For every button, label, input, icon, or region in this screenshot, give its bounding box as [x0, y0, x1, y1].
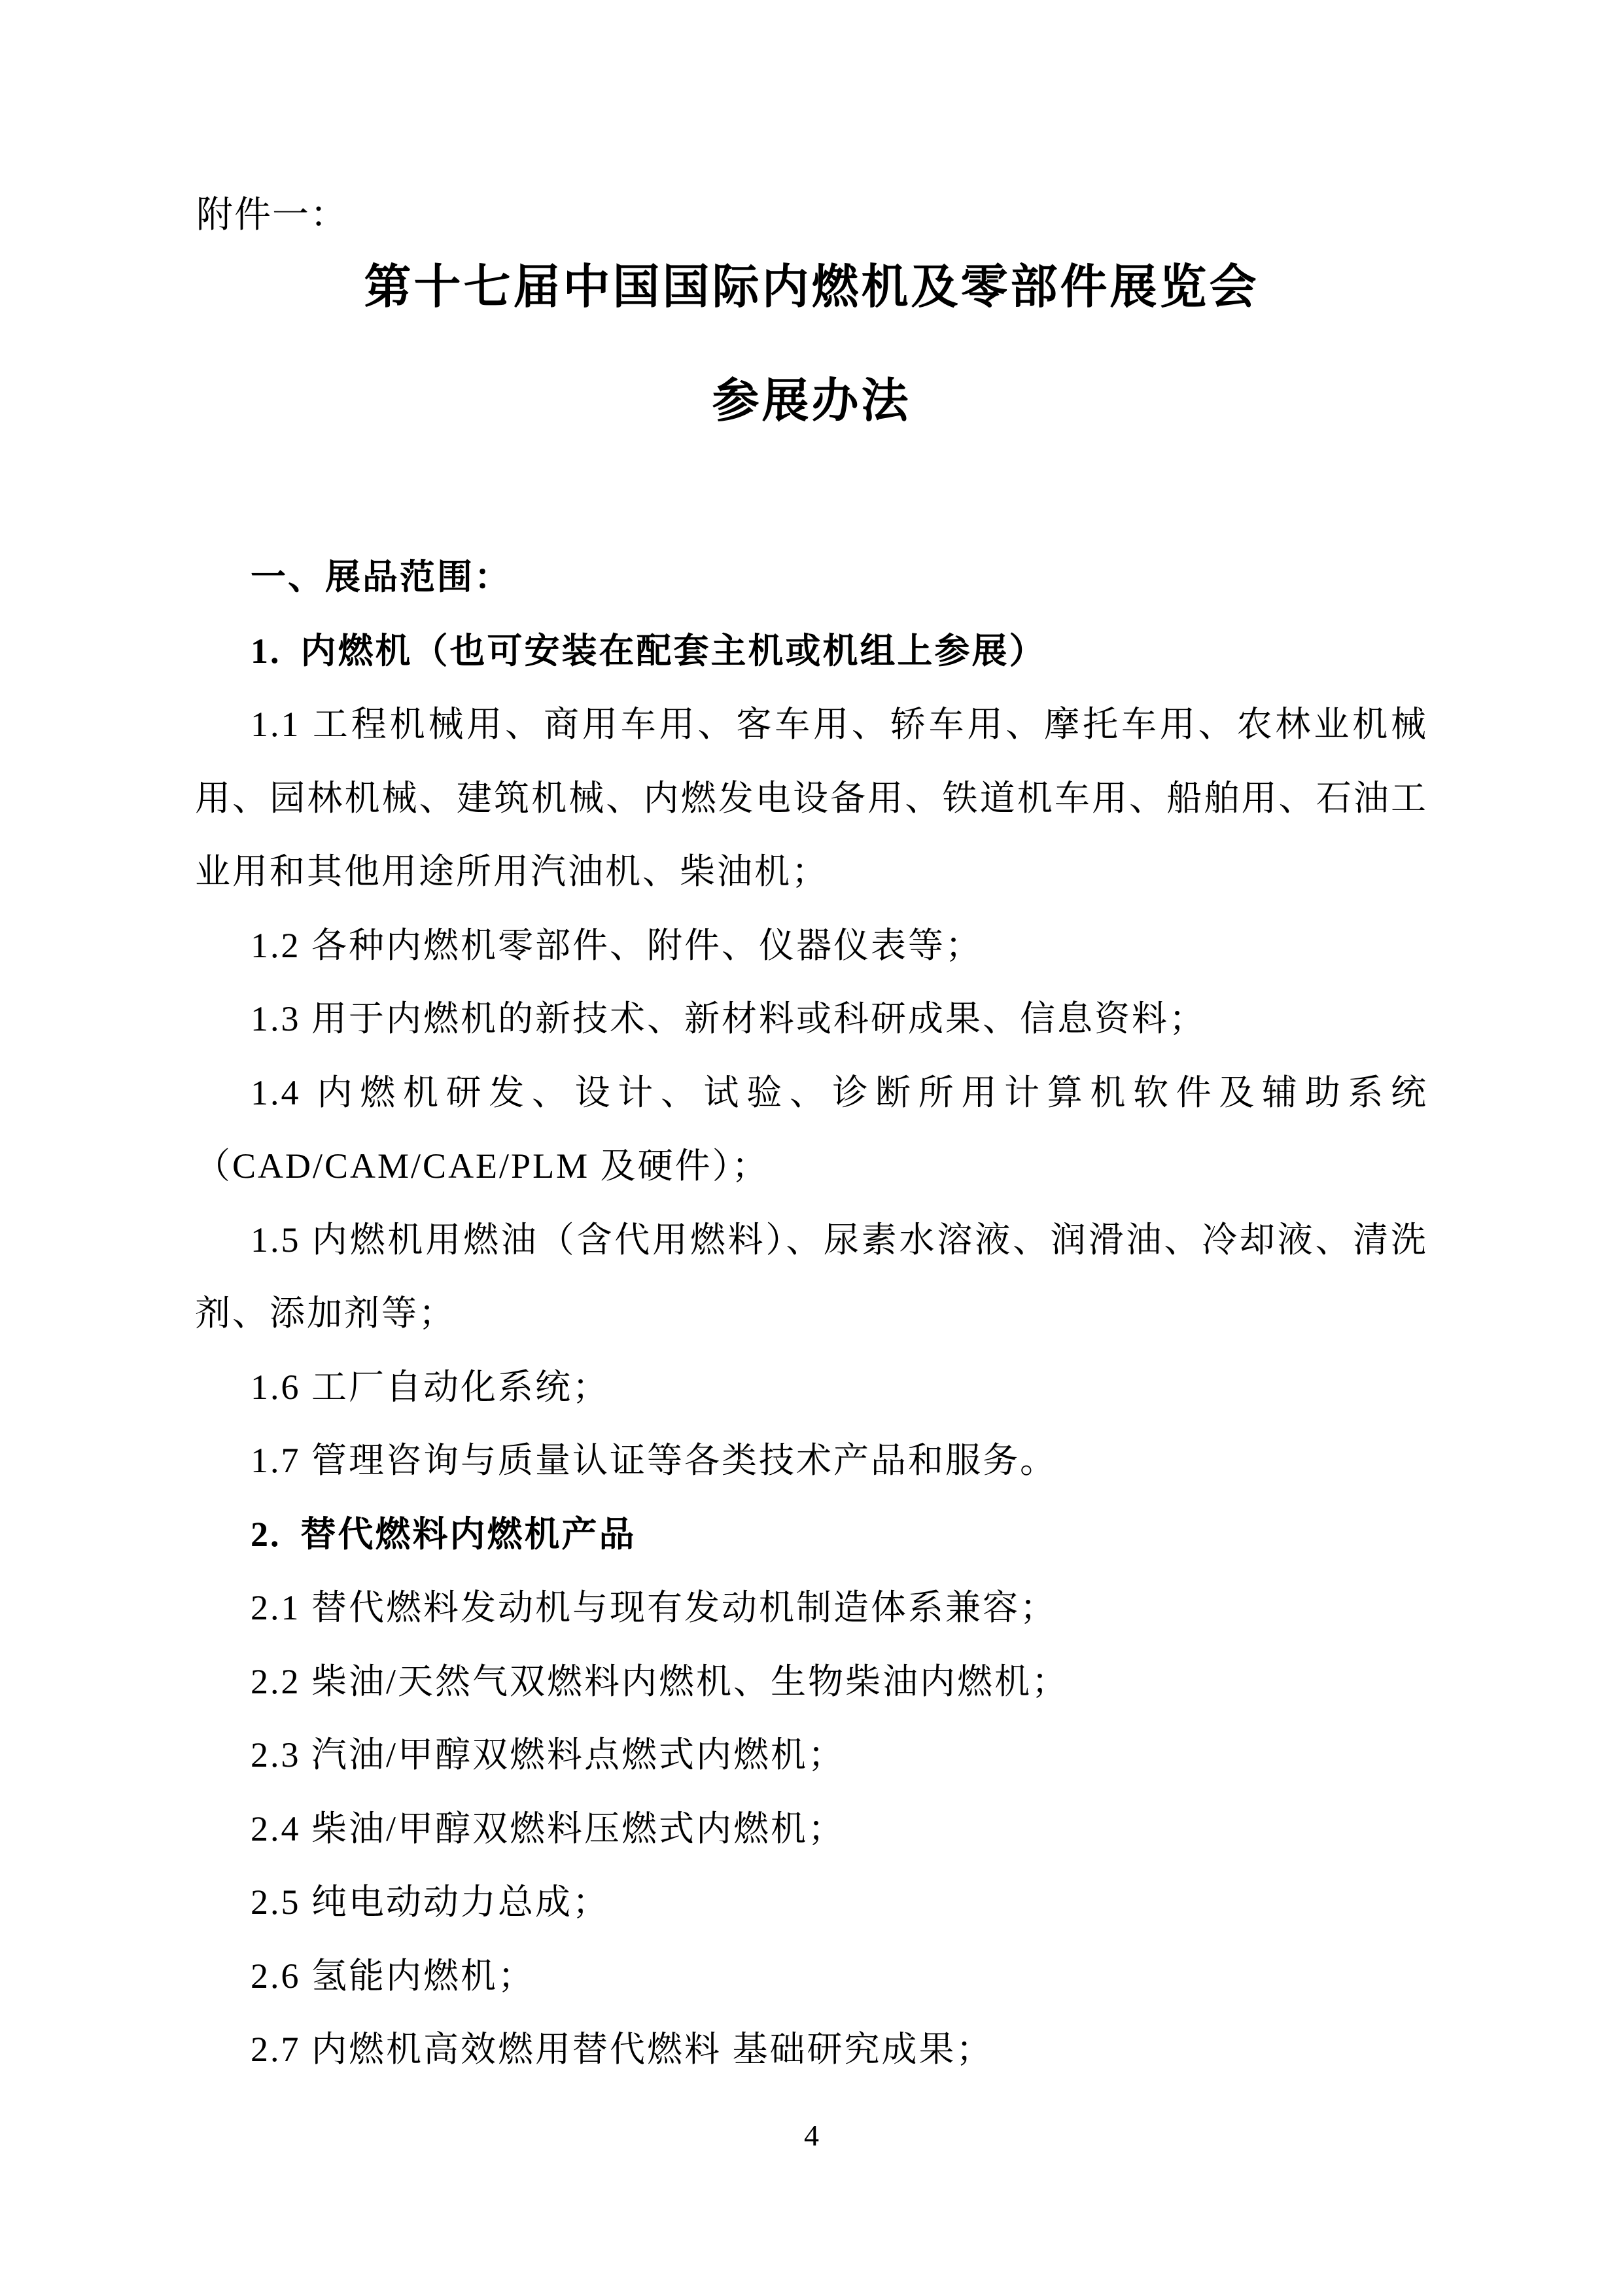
paragraph: 1.7 管理咨询与质量认证等各类技术产品和服务。: [195, 1424, 1428, 1498]
page-number: 4: [0, 2117, 1623, 2153]
paragraph: 2.6 氢能内燃机；: [195, 1939, 1428, 2013]
attachment-label: 附件一：: [196, 194, 348, 238]
paragraph: 2.5 纯电动动力总成；: [195, 1865, 1428, 1939]
document-body: 一、展品范围：1. 内燃机（也可安装在配套主机或机组上参展）1.1 工程机械用、…: [195, 540, 1428, 2087]
paragraph: 2.7 内燃机高效燃用替代燃料 基础研究成果；: [195, 2013, 1428, 2087]
paragraph: 1.5 内燃机用燃油（含代用燃料）、尿素水溶液、润滑油、冷却液、清洗剂、添加剂等…: [195, 1203, 1428, 1351]
document-subtitle: 参展办法: [0, 376, 1623, 427]
paragraph: 2.4 柴油/甲醇双燃料压燃式内燃机；: [195, 1792, 1428, 1866]
paragraph: 1.6 工厂自动化系统；: [195, 1351, 1428, 1424]
paragraph: 1.4 内燃机研发、设计、试验、诊断所用计算机软件及辅助系统（CAD/CAM/C…: [195, 1056, 1428, 1203]
paragraph: 1. 内燃机（也可安装在配套主机或机组上参展）: [195, 614, 1428, 688]
paragraph: 2.1 替代燃料发动机与现有发动机制造体系兼容；: [195, 1571, 1428, 1645]
paragraph: 2. 替代燃料内燃机产品: [195, 1498, 1428, 1572]
document-title: 第十七届中国国际内燃机及零部件展览会: [0, 262, 1623, 313]
paragraph: 1.1 工程机械用、商用车用、客车用、轿车用、摩托车用、农林业机械用、园林机械、…: [195, 688, 1428, 909]
paragraph: 1.2 各种内燃机零部件、附件、仪器仪表等；: [195, 909, 1428, 983]
paragraph: 1.3 用于内燃机的新技术、新材料或科研成果、信息资料；: [195, 982, 1428, 1056]
document-page: 附件一： 第十七届中国国际内燃机及零部件展览会 参展办法 一、展品范围：1. 内…: [0, 0, 1623, 2296]
paragraph: 2.3 汽油/甲醇双燃料点燃式内燃机；: [195, 1718, 1428, 1792]
paragraph: 2.2 柴油/天然气双燃料内燃机、生物柴油内燃机；: [195, 1645, 1428, 1719]
paragraph: 一、展品范围：: [195, 540, 1428, 614]
